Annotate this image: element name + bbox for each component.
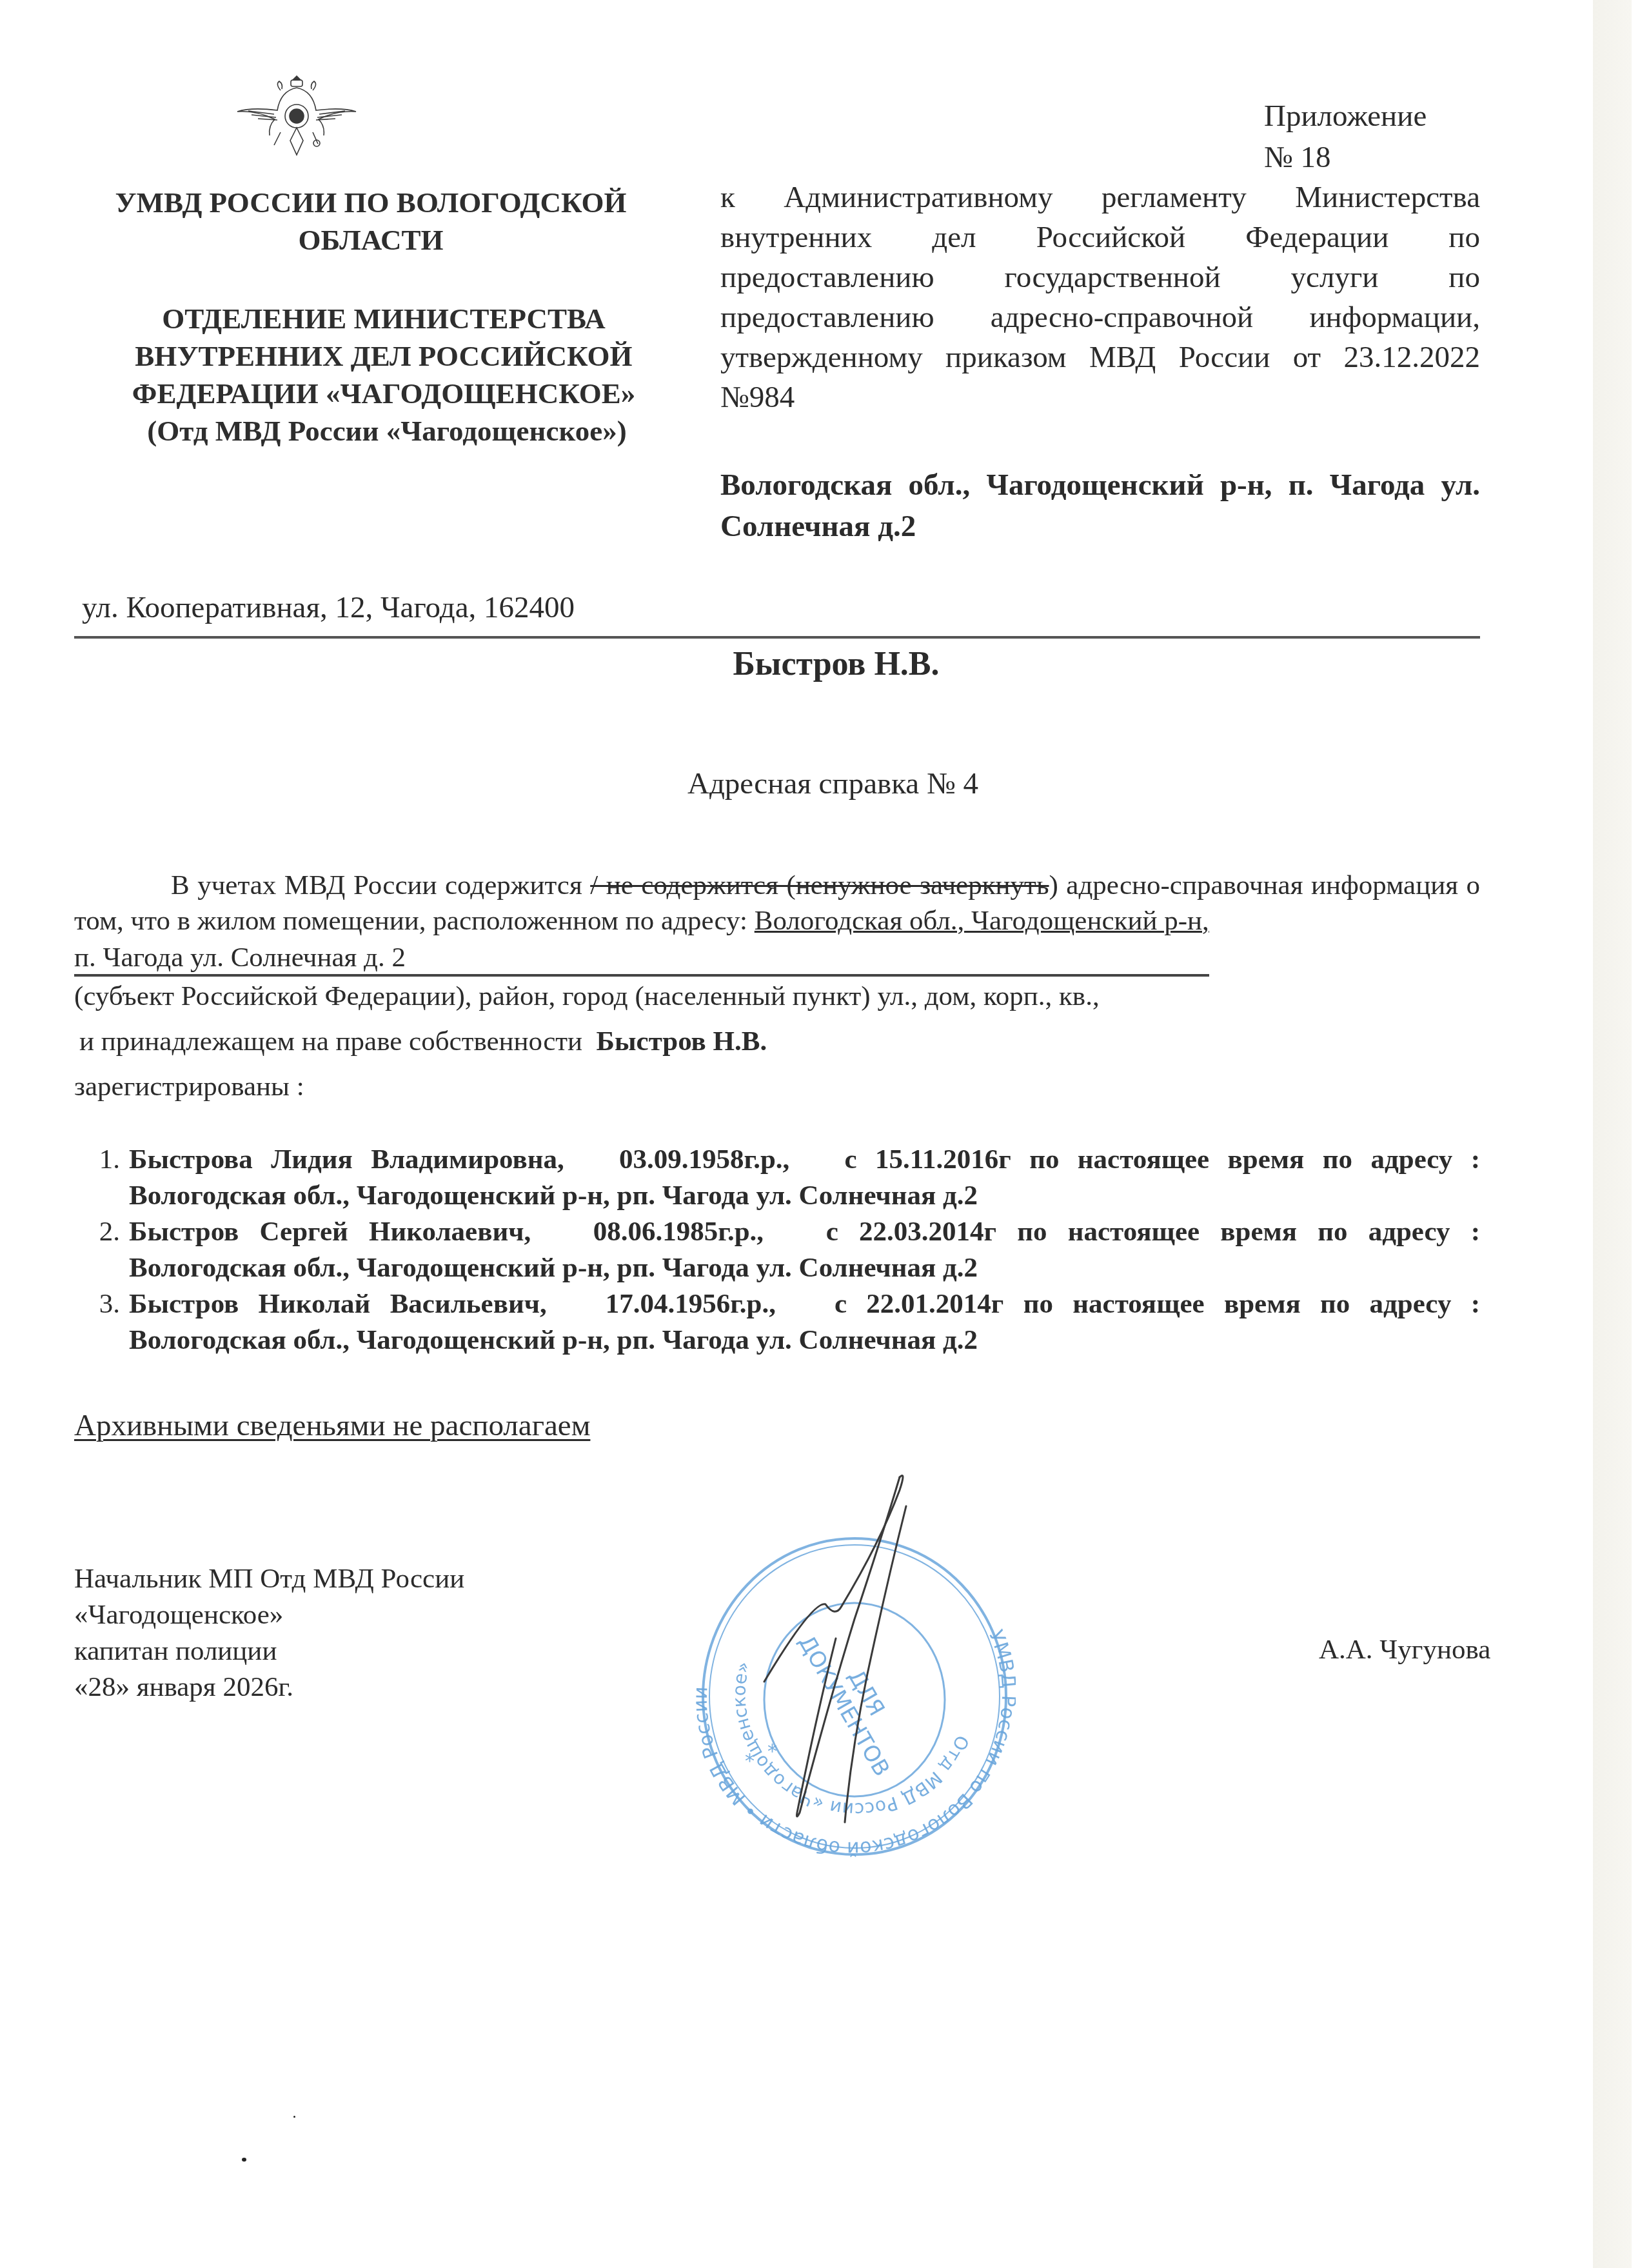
person-address: Вологодская обл., Чагодощенский р-н, рп.… [129, 1322, 1480, 1358]
person-address: Вологодская обл., Чагодощенский р-н, рп.… [129, 1178, 1480, 1214]
dept-short-name: (Отд МВД России «Чагодощенское») [71, 412, 671, 450]
registered-label: зарегистрированы : [74, 1068, 1480, 1106]
org-name-line1: УМВД РОССИИ ПО ВОЛОГОДСКОЙ [71, 184, 671, 221]
document-body: В учетах МВД России содержится / не соде… [74, 868, 1480, 1106]
organization-header: УМВД РОССИИ ПО ВОЛОГОДСКОЙ ОБЛАСТИ ОТДЕЛ… [71, 184, 671, 450]
signatory-position-line1: Начальник МП Отд МВД России [74, 1561, 464, 1597]
registration-period: с 15.11.2016г по настоящее время по адре… [845, 1144, 1480, 1175]
item-number: 3. [64, 1286, 129, 1358]
owner-name: Быстров Н.В. [597, 1026, 767, 1057]
birth-date: 08.06.1985г.р., [593, 1217, 764, 1247]
list-item: 1. Быстрова Лидия Владимировна, 03.09.19… [64, 1142, 1480, 1214]
document-date: «28» января 2026г. [74, 1669, 464, 1706]
signer-name: А.А. Чугунова [1319, 1632, 1490, 1668]
scan-speck [242, 2158, 246, 2162]
person-address: Вологодская обл., Чагодощенский р-н, рп.… [129, 1250, 1480, 1286]
person-name: Быстров Сергей Николаевич, [129, 1217, 531, 1247]
address-format-hint: (субъект Российской Федерации), район, г… [74, 977, 1480, 1016]
document-title: Адресная справка № 4 [0, 763, 1640, 804]
owner-line: и принадлежащем на праве собственности Б… [74, 1022, 1480, 1061]
para-start: В учетах МВД России содержится [171, 870, 590, 900]
header-divider [74, 636, 1480, 639]
person-name: Быстров Николай Васильевич, [129, 1289, 547, 1319]
dept-name-line2: ВНУТРЕННИХ ДЕЛ РОССИЙСКОЙ [71, 337, 671, 375]
item-number: 1. [64, 1142, 129, 1214]
signatory-position-line2: «Чагодощенское» [74, 1597, 464, 1633]
appendix-number: № 18 [1264, 137, 1427, 178]
scan-edge-strip [1593, 0, 1632, 2268]
mvd-eagle-emblem-icon [235, 71, 358, 158]
birth-date: 03.09.1958г.р., [619, 1144, 789, 1175]
person-name: Быстрова Лидия Владимировна, [129, 1144, 564, 1175]
handwritten-signature-icon [742, 1464, 935, 1825]
dept-name-line3: ФЕДЕРАЦИИ «ЧАГОДОЩЕНСКОЕ» [71, 375, 671, 412]
birth-date: 17.04.1956г.р., [606, 1289, 776, 1319]
appendix-title: Приложение [1264, 95, 1427, 137]
property-address-line2: п. Чагода ул. Солнечная д. 2 [74, 942, 1209, 977]
org-name-line2: ОБЛАСТИ [71, 221, 671, 259]
registered-persons-list: 1. Быстрова Лидия Владимировна, 03.09.19… [64, 1142, 1480, 1358]
registration-period: с 22.03.2014г по настоящее время по адре… [826, 1217, 1480, 1247]
list-item: 3. Быстров Николай Васильевич, 17.04.195… [64, 1286, 1480, 1358]
scan-speck [293, 2116, 295, 2118]
dept-name-line1: ОТДЕЛЕНИЕ МИНИСТЕРСТВА [71, 300, 671, 337]
appendix-label: Приложение № 18 [1264, 95, 1427, 178]
signatory-rank: капитан полиции [74, 1633, 464, 1669]
recipient-name: Быстров Н.В. [0, 642, 1640, 687]
signatory-block: Начальник МП Отд МВД России «Чагодощенск… [74, 1561, 464, 1706]
recipient-address: Вологодская обл., Чагодощенский р-н, п. … [720, 464, 1480, 547]
struck-alternative: / не содержится (ненужное зачеркнуть [590, 870, 1049, 900]
archive-note: Архивными сведеньями не располагаем [74, 1406, 590, 1445]
owner-prefix: и принадлежащем на праве собственности [79, 1026, 582, 1057]
property-address-line1: Вологодская обл., Чагодощенский р-н, [755, 906, 1209, 936]
list-item: 2. Быстров Сергей Николаевич, 08.06.1985… [64, 1214, 1480, 1286]
regulation-reference: к Административному регламенту Министерс… [720, 177, 1480, 417]
organization-address: ул. Кооперативная, 12, Чагода, 162400 [82, 588, 575, 627]
registration-period: с 22.01.2014г по настоящее время по адре… [835, 1289, 1480, 1319]
item-number: 2. [64, 1214, 129, 1286]
info-paragraph: В учетах МВД России содержится / не соде… [74, 868, 1480, 939]
